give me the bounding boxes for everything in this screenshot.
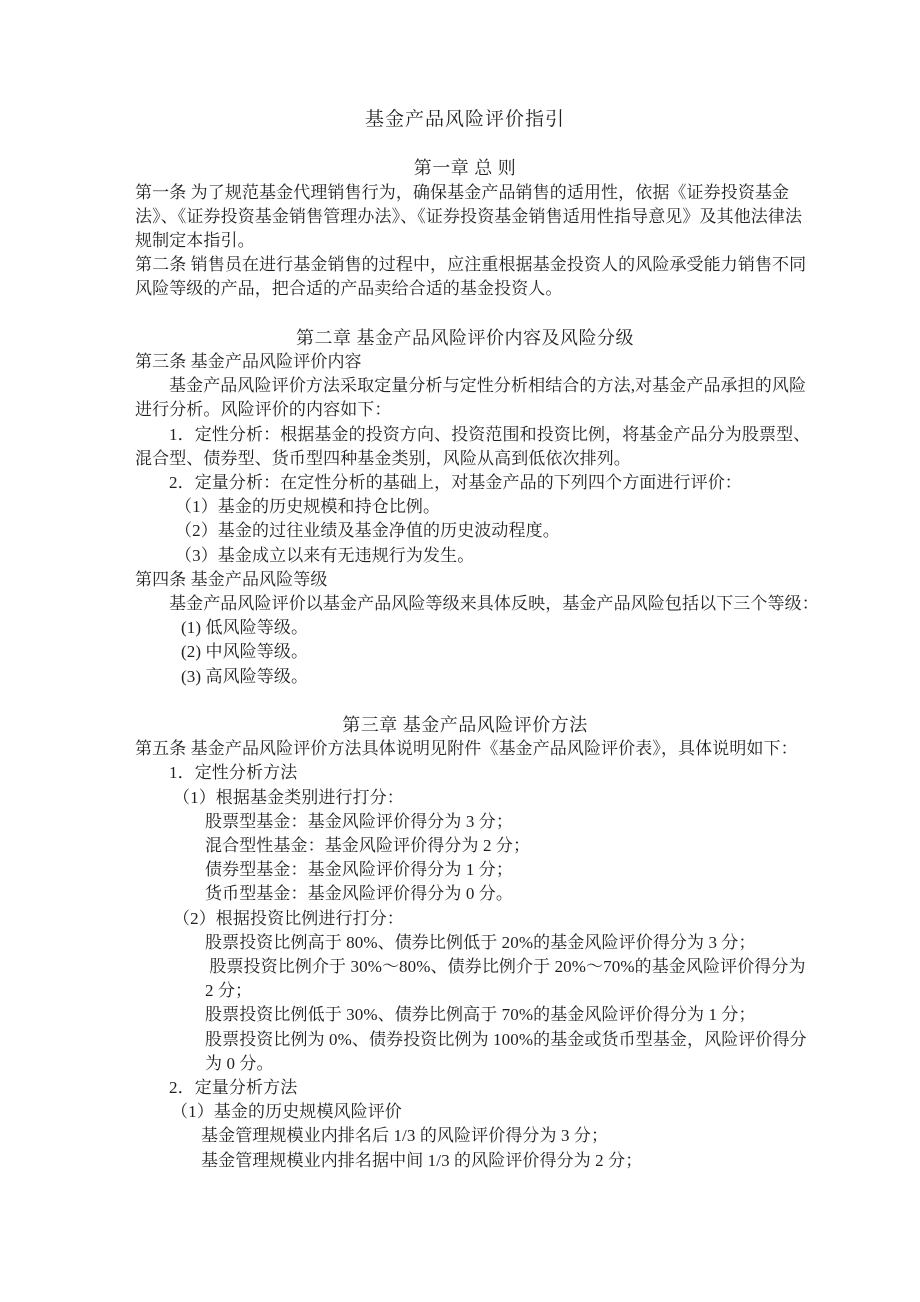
text-line: （1）根据基金类别进行打分： — [135, 786, 795, 810]
text-line: 基金管理规模业内排名据中间 1/3 的风险评价得分为 2 分； — [135, 1149, 795, 1173]
text-line: （1）基金的历史规模风险评价 — [135, 1100, 795, 1124]
text-line: (1) 低风险等级。 — [135, 616, 795, 640]
text-line: 股票投资比例为 0%、债券投资比例为 100%的基金或货币型基金，风险评价得分 — [135, 1028, 795, 1052]
blank-line — [135, 302, 795, 326]
text-line: 基金产品风险评价以基金产品风险等级来具体反映，基金产品风险包括以下三个等级： — [135, 592, 795, 616]
chapter-heading: 第一章 总 则 — [135, 156, 795, 180]
text-line: 货币型基金：基金风险评价得分为 0 分。 — [135, 882, 795, 906]
text-line: （2）基金的过往业绩及基金净值的历史波动程度。 — [135, 519, 795, 543]
text-line: 法》、《证券投资基金销售管理办法》、《证券投资基金销售适用性指导意见》及其他法律… — [135, 205, 795, 229]
text-line: 股票投资比例介于 30%～80%、债券比例介于 20%～70%的基金风险评价得分… — [135, 955, 795, 979]
document-body: 基金产品风险评价指引第一章 总 则第一条 为了规范基金代理销售行为，确保基金产品… — [135, 108, 795, 1173]
blank-line — [135, 132, 795, 156]
text-line: 进行分析。风险评价的内容如下： — [135, 398, 795, 422]
text-line: 第三条 基金产品风险评价内容 — [135, 350, 795, 374]
text-line: (2) 中风险等级。 — [135, 640, 795, 664]
text-line: 股票投资比例高于 80%、债券比例低于 20%的基金风险评价得分为 3 分； — [135, 931, 795, 955]
text-line: （2）根据投资比例进行打分： — [135, 907, 795, 931]
text-line: 规制定本指引。 — [135, 229, 795, 253]
text-line: 第一条 为了规范基金代理销售行为，确保基金产品销售的适用性，依据《证券投资基金 — [135, 181, 795, 205]
text-line: 风险等级的产品，把合适的产品卖给合适的基金投资人。 — [135, 277, 795, 301]
text-line: 第二条 销售员在进行基金销售的过程中，应注重根据基金投资人的风险承受能力销售不同 — [135, 253, 795, 277]
text-line: 为 0 分。 — [135, 1052, 795, 1076]
text-line: 第五条 基金产品风险评价方法具体说明见附件《基金产品风险评价表》，具体说明如下： — [135, 737, 795, 761]
text-line: 1．定性分析：根据基金的投资方向、投资范围和投资比例，将基金产品分为股票型、 — [135, 423, 795, 447]
text-line: 债券型基金：基金风险评价得分为 1 分； — [135, 858, 795, 882]
chapter-heading: 第三章 基金产品风险评价方法 — [135, 713, 795, 737]
document-page: 基金产品风险评价指引第一章 总 则第一条 为了规范基金代理销售行为，确保基金产品… — [0, 0, 920, 1302]
chapter-heading: 第二章 基金产品风险评价内容及风险分级 — [135, 326, 795, 350]
text-line: 混合型、债券型、货币型四种基金类别，风险从高到低依次排列。 — [135, 447, 795, 471]
text-line: 2．定量分析方法 — [135, 1076, 795, 1100]
text-line: 2 分； — [135, 979, 795, 1003]
text-line: (3) 高风险等级。 — [135, 665, 795, 689]
text-line: 第四条 基金产品风险等级 — [135, 568, 795, 592]
text-line: 1．定性分析方法 — [135, 761, 795, 785]
document-title: 基金产品风险评价指引 — [135, 108, 795, 132]
text-line: 股票投资比例低于 30%、债券比例高于 70%的基金风险评价得分为 1 分； — [135, 1003, 795, 1027]
text-line: 基金产品风险评价方法采取定量分析与定性分析相结合的方法,对基金产品承担的风险 — [135, 374, 795, 398]
text-line: 2．定量分析：在定性分析的基础上，对基金产品的下列四个方面进行评价： — [135, 471, 795, 495]
text-line: （3）基金成立以来有无违规行为发生。 — [135, 544, 795, 568]
text-line: 混合型性基金：基金风险评价得分为 2 分； — [135, 834, 795, 858]
blank-line — [135, 689, 795, 713]
text-line: 股票型基金：基金风险评价得分为 3 分； — [135, 810, 795, 834]
text-line: （1）基金的历史规模和持仓比例。 — [135, 495, 795, 519]
text-line: 基金管理规模业内排名后 1/3 的风险评价得分为 3 分； — [135, 1124, 795, 1148]
